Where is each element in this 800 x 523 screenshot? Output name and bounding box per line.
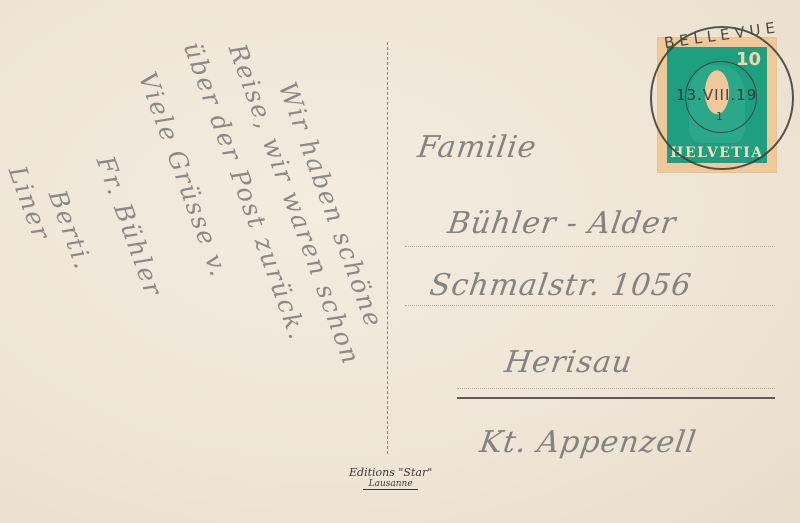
message-line: über der Post zurück.: [178, 38, 313, 344]
postcard: Wir haben schöne Reise, wir waren schon …: [0, 0, 800, 523]
message-line: Liner: [3, 162, 57, 245]
publisher-imprint: Editions "Star" Lausanne: [349, 466, 432, 490]
postmark-date: 13.VIII.19: [676, 86, 757, 104]
address-dotted-line: [405, 305, 775, 306]
address-line: Schmalstr. 1056: [428, 268, 694, 303]
address-dotted-line: [457, 388, 775, 389]
message-line: Fr. Bühler: [91, 152, 169, 301]
postmark-city: BELLEVUE: [651, 16, 792, 53]
message-line: Wir haben schöne: [273, 78, 389, 332]
postmark-cancel: BELLEVUE 13.VIII.19 1: [650, 26, 794, 170]
address-line: Bühler - Alder: [446, 206, 679, 241]
postmark-sub: 1: [716, 110, 723, 123]
address-underline: [457, 397, 775, 399]
address-dotted-line: [405, 246, 775, 247]
publisher-city: Lausanne: [363, 479, 418, 490]
message-line: Reise, wir waren schon: [223, 40, 366, 369]
center-divider: [387, 42, 388, 454]
message-line: Viele Grüsse v.: [133, 68, 234, 282]
address-line: Familie: [416, 130, 540, 165]
address-line: Herisau: [503, 345, 635, 380]
address-line: Kt. Appenzell: [478, 425, 699, 460]
message-line: Berti.: [43, 186, 99, 274]
publisher-name: Editions "Star": [349, 466, 432, 479]
